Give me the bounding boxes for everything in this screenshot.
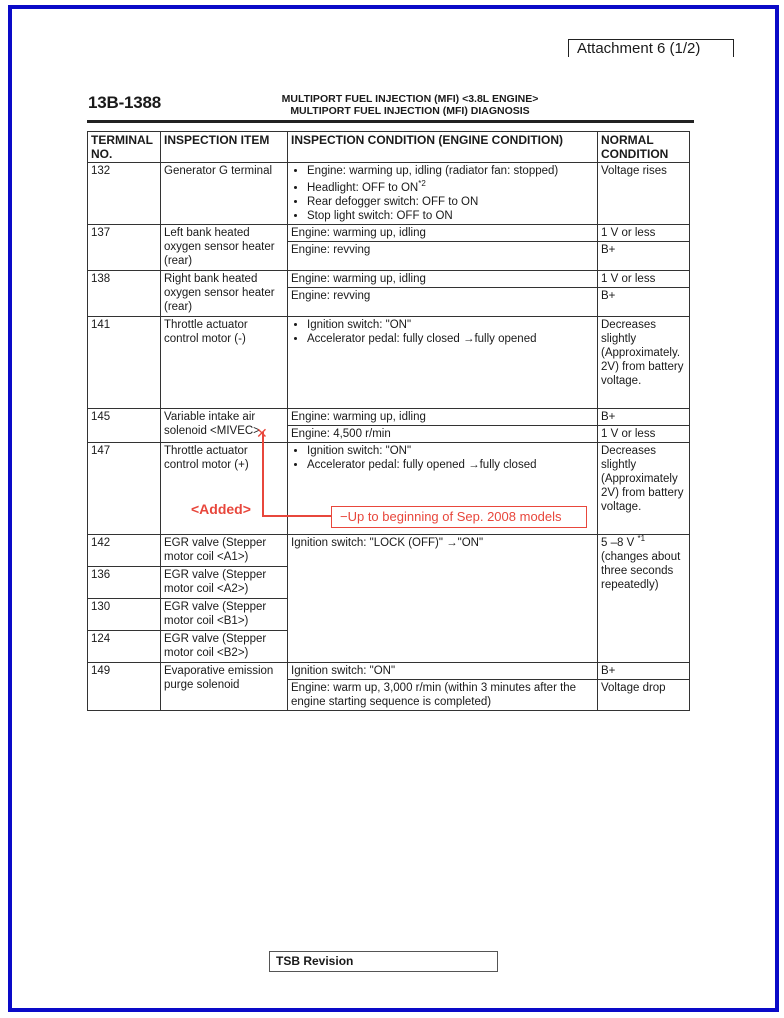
tsb-revision-box: TSB Revision	[269, 951, 498, 972]
terminal-cell: 138	[88, 271, 161, 317]
condition-cell: Engine: warming up, idling (radiator fan…	[288, 163, 598, 225]
condition-cell: Ignition switch: "ON"	[288, 663, 598, 680]
table-row: 137 Left bank heated oxygen sensor heate…	[88, 225, 690, 242]
condition-cell: Ignition switch: "LOCK (OFF)" →"ON"	[288, 535, 598, 663]
attachment-label: Attachment 6 (1/2)	[568, 39, 734, 57]
table-row: 142 EGR valve (Stepper motor coil <A1>) …	[88, 535, 690, 567]
column-header-terminal: TERMINAL NO.	[88, 132, 161, 163]
terminal-cell: 137	[88, 225, 161, 271]
section-title-line1: MULTIPORT FUEL INJECTION (MFI) <3.8L ENG…	[200, 93, 620, 105]
normal-cell: 1 V or less	[598, 271, 690, 288]
terminal-cell: 130	[88, 599, 161, 631]
condition-cell: Engine: revving	[288, 288, 598, 317]
condition-cell: Engine: warming up, idling	[288, 271, 598, 288]
table-row: 138 Right bank heated oxygen sensor heat…	[88, 271, 690, 288]
terminal-cell: 147	[88, 443, 161, 535]
condition-item: Ignition switch: "ON"	[307, 444, 593, 458]
diagnosis-table: TERMINAL NO. INSPECTION ITEM INSPECTION …	[87, 131, 690, 711]
condition-item: Rear defogger switch: OFF to ON	[307, 195, 593, 209]
terminal-cell: 145	[88, 409, 161, 443]
normal-cell: Voltage rises	[598, 163, 690, 225]
table-row: 145 Variable intake air solenoid <MIVEC>…	[88, 409, 690, 426]
condition-cell: Engine: 4,500 r/min	[288, 426, 598, 443]
condition-cell: Engine: revving	[288, 242, 598, 271]
annotation-leader-vertical	[262, 432, 264, 516]
condition-cell: Ignition switch: "ON" Accelerator pedal:…	[288, 317, 598, 409]
terminal-cell: 141	[88, 317, 161, 409]
item-cell: Left bank heated oxygen sensor heater (r…	[161, 225, 288, 271]
annotation-leader-horizontal	[262, 515, 332, 517]
item-cell: Right bank heated oxygen sensor heater (…	[161, 271, 288, 317]
condition-cell: Engine: warming up, idling	[288, 225, 598, 242]
condition-item: Accelerator pedal: fully opened →fully c…	[307, 458, 593, 472]
item-cell: EGR valve (Stepper motor coil <B1>)	[161, 599, 288, 631]
column-header-normal: NORMAL CONDITION	[598, 132, 690, 163]
column-header-item: INSPECTION ITEM	[161, 132, 288, 163]
item-cell: Throttle actuator control motor (+)	[161, 443, 288, 535]
item-cell: Variable intake air solenoid <MIVEC>	[161, 409, 288, 443]
footnote-marker: *1	[637, 534, 645, 543]
item-cell: EGR valve (Stepper motor coil <A1>)	[161, 535, 288, 567]
condition-item: Engine: warming up, idling (radiator fan…	[307, 164, 593, 178]
terminal-cell: 124	[88, 631, 161, 663]
normal-cell: Voltage drop	[598, 680, 690, 711]
item-cell: Generator G terminal	[161, 163, 288, 225]
normal-cell: 5 –8 V *1(changes about three seconds re…	[598, 535, 690, 663]
normal-cell: B+	[598, 242, 690, 271]
condition-item: Accelerator pedal: fully closed →fully o…	[307, 332, 593, 346]
section-title-line2: MULTIPORT FUEL INJECTION (MFI) DIAGNOSIS	[200, 105, 620, 117]
annotation-note-box: −Up to beginning of Sep. 2008 models	[331, 506, 587, 528]
header-rule	[87, 120, 694, 123]
section-title: MULTIPORT FUEL INJECTION (MFI) <3.8L ENG…	[200, 93, 620, 117]
normal-cell: 1 V or less	[598, 426, 690, 443]
item-cell: Evaporative emission purge solenoid	[161, 663, 288, 711]
condition-item: Headlight: OFF to ON*2	[307, 181, 593, 195]
item-cell: Throttle actuator control motor (-)	[161, 317, 288, 409]
normal-cell: Decreases slightly (Approximately. 2V) f…	[598, 317, 690, 409]
terminal-cell: 132	[88, 163, 161, 225]
document-number: 13B-1388	[88, 93, 161, 113]
condition-item: Stop light switch: OFF to ON	[307, 209, 593, 223]
egr-normal-rest: (changes about three seconds repeatedly)	[601, 551, 680, 591]
table-row: 149 Evaporative emission purge solenoid …	[88, 663, 690, 680]
terminal-cell: 149	[88, 663, 161, 711]
table-header-row: TERMINAL NO. INSPECTION ITEM INSPECTION …	[88, 132, 690, 163]
normal-cell: B+	[598, 663, 690, 680]
table-row: 141 Throttle actuator control motor (-) …	[88, 317, 690, 409]
added-annotation-label: <Added>	[191, 501, 251, 517]
normal-cell: B+	[598, 409, 690, 426]
normal-cell: 1 V or less	[598, 225, 690, 242]
normal-cell: B+	[598, 288, 690, 317]
table-row: 132 Generator G terminal Engine: warming…	[88, 163, 690, 225]
terminal-cell: 142	[88, 535, 161, 567]
condition-cell: Engine: warm up, 3,000 r/min (within 3 m…	[288, 680, 598, 711]
item-cell: EGR valve (Stepper motor coil <B2>)	[161, 631, 288, 663]
condition-item: Ignition switch: "ON"	[307, 318, 593, 332]
egr-normal-value: 5 –8 V	[601, 537, 637, 549]
item-cell: EGR valve (Stepper motor coil <A2>)	[161, 567, 288, 599]
condition-cell: Engine: warming up, idling	[288, 409, 598, 426]
column-header-condition: INSPECTION CONDITION (ENGINE CONDITION)	[288, 132, 598, 163]
terminal-cell: 136	[88, 567, 161, 599]
normal-cell: Decreases slightly (Approximately 2V) fr…	[598, 443, 690, 535]
